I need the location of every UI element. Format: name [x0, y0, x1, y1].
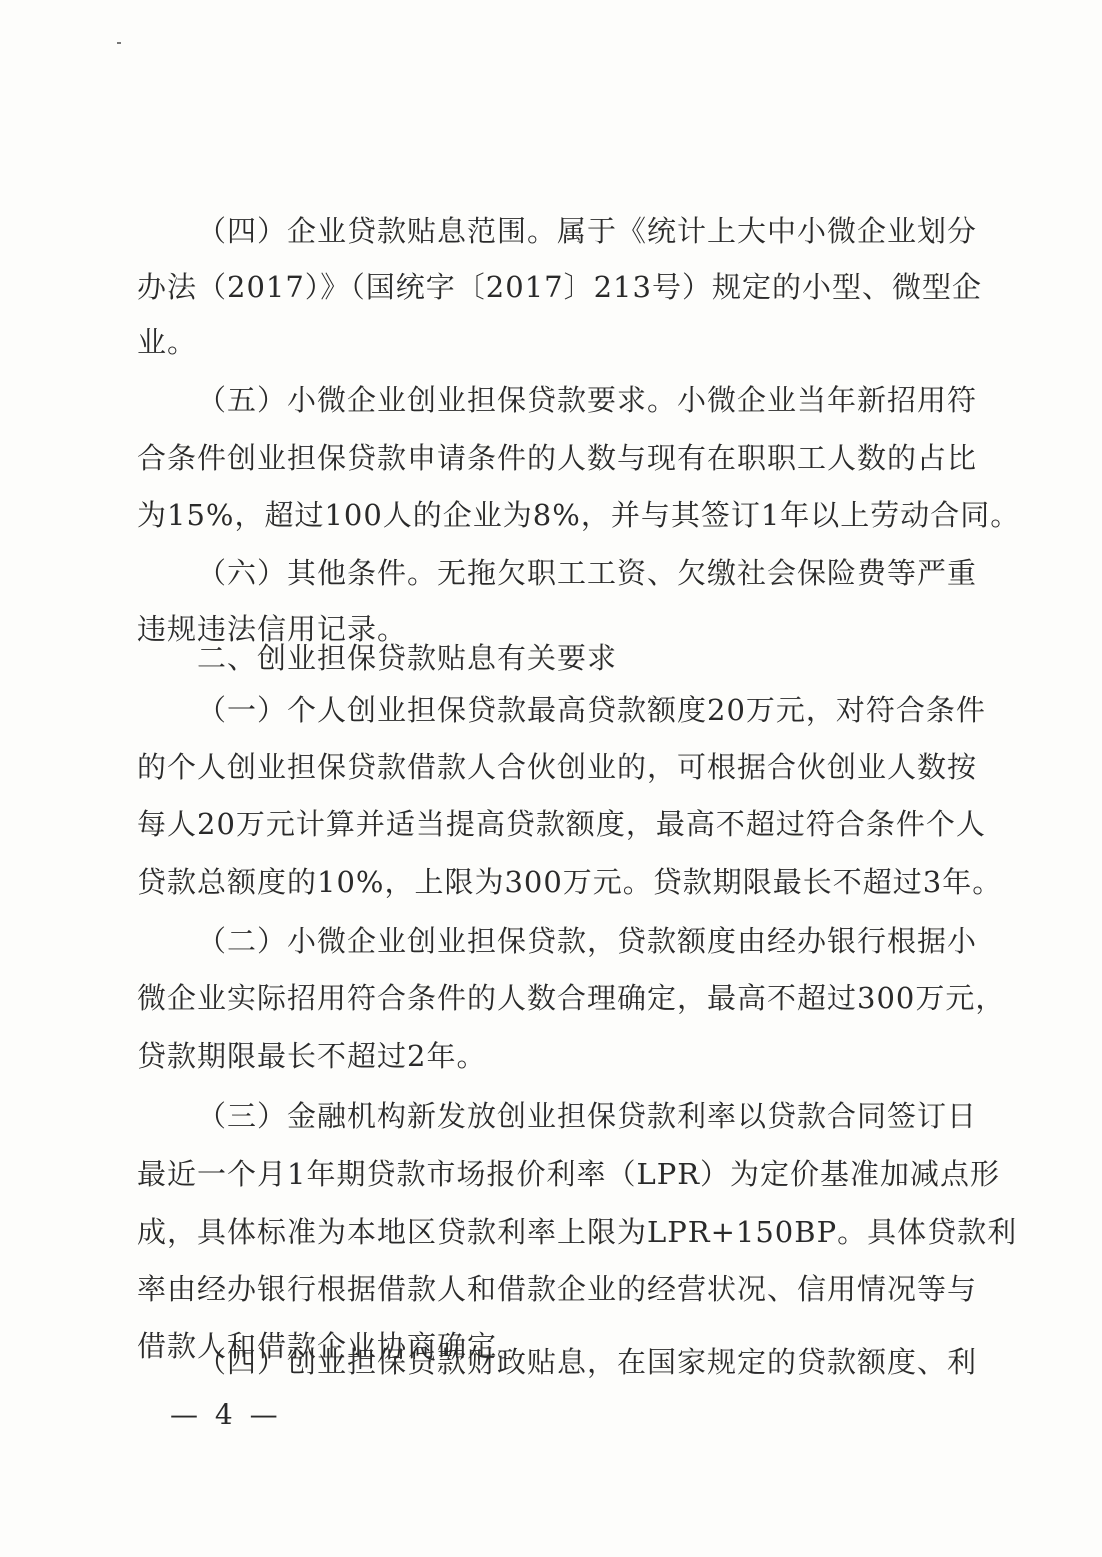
text-line: 每人20万元计算并适当提高贷款额度，最高不超过符合条件个人 — [137, 798, 957, 850]
text-line: 合条件创业担保贷款申请条件的人数与现有在职职工人数的占比 — [137, 432, 957, 484]
text-line: 最近一个月1年期贷款市场报价利率（LPR）为定价基准加减点形 — [137, 1148, 957, 1200]
section-heading: 二、创业担保贷款贴息有关要求 — [197, 632, 957, 684]
text-line: 贷款总额度的10%，上限为300万元。贷款期限最长不超过3年。 — [137, 856, 957, 908]
text-line: （一）个人创业担保贷款最高贷款额度20万元，对符合条件 — [197, 684, 957, 736]
document-page: （四）企业贷款贴息范围。属于《统计上大中小微企业划分 办法（2017）》（国统字… — [0, 0, 1102, 1557]
scan-speck — [117, 42, 121, 44]
text-line: 业。 — [137, 316, 957, 368]
text-line: 的个人创业担保贷款借款人合伙创业的，可根据合伙创业人数按 — [137, 741, 957, 793]
text-line: 微企业实际招用符合条件的人数合理确定，最高不超过300万元， — [137, 972, 957, 1024]
text-line: 成，具体标准为本地区贷款利率上限为LPR+150BP。具体贷款利 — [137, 1206, 957, 1258]
text-line: （六）其他条件。无拖欠职工工资、欠缴社会保险费等严重 — [197, 547, 957, 599]
text-line: 为15%，超过100人的企业为8%，并与其签订1年以上劳动合同。 — [137, 489, 957, 541]
text-line: 贷款期限最长不超过2年。 — [137, 1030, 957, 1082]
text-line: （五）小微企业创业担保贷款要求。小微企业当年新招用符 — [197, 374, 957, 426]
text-line: （四）创业担保贷款财政贴息，在国家规定的贷款额度、利 — [197, 1336, 957, 1388]
text-line: 办法（2017）》（国统字〔2017〕213号）规定的小型、微型企 — [137, 261, 957, 313]
text-line: 率由经办银行根据借款人和借款企业的经营状况、信用情况等与 — [137, 1263, 957, 1315]
text-line: （二）小微企业创业担保贷款，贷款额度由经办银行根据小 — [197, 915, 957, 967]
page-number: — 4 — — [170, 1395, 282, 1435]
text-line: （三）金融机构新发放创业担保贷款利率以贷款合同签订日 — [197, 1090, 957, 1142]
text-line: （四）企业贷款贴息范围。属于《统计上大中小微企业划分 — [197, 205, 957, 257]
